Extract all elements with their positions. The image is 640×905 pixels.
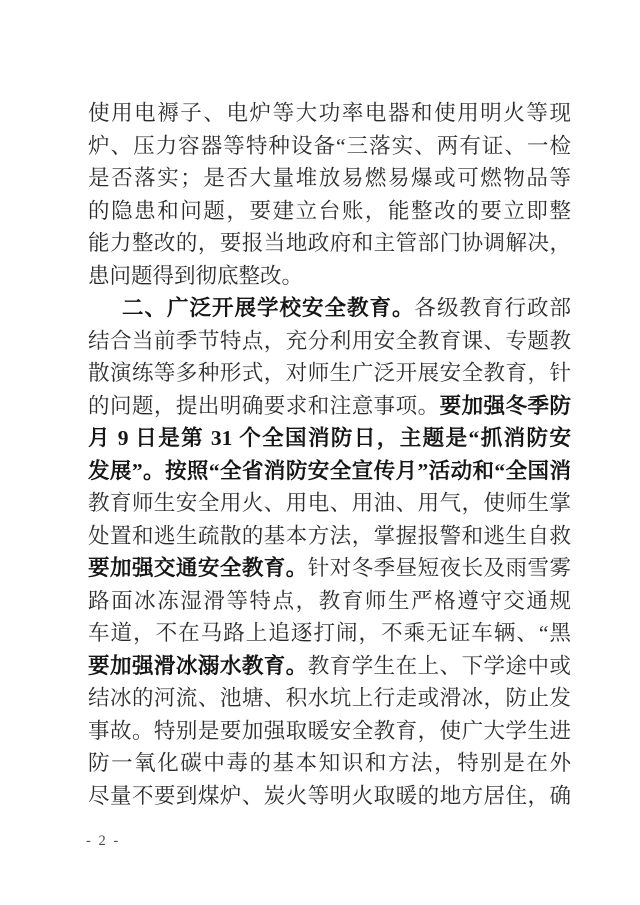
body-text: 车道，不在马路上追逐打闹，不乘无证车辆、“黑车”和超载车。 — [88, 621, 571, 650]
body-text: 事故。特别是要加强取暖安全教育，使广大学生进一步掌握预 — [88, 719, 571, 748]
text-line: 事故。特别是要加强取暖安全教育，使广大学生进一步掌握预 — [88, 715, 571, 748]
text-line: 散演练等多种形式，对师生广泛开展安全教育，针对可能出现 — [88, 357, 571, 390]
body-text: 能力整改的，要报当地政府和主管部门协调解决，确保各类隐 — [88, 231, 571, 260]
body-text: 的隐患和问题，要建立台账，能整改的要立即整改，自身确无 — [88, 199, 571, 228]
page-number: - 2 - — [86, 833, 120, 850]
body-text: 结合当前季节特点，充分利用安全教育课、专题教育、应急疏 — [88, 329, 571, 358]
text-body: 使用电褥子、电炉等大功率电器和使用明火等现象；电梯、锅炉、压力容器等特种设备“三… — [88, 97, 571, 812]
text-line: 的隐患和问题，要建立台账，能整改的要立即整改，自身确无 — [88, 195, 571, 228]
text-line: 尽量不要到煤炉、炭火等明火取暖的地方居住，确保广大师生 — [88, 780, 571, 813]
text-line: 能力整改的，要报当地政府和主管部门协调解决，确保各类隐 — [88, 227, 571, 260]
text-line: 要加强滑冰溺水教育。教育学生在上、下学途中或节假日不到 — [88, 650, 571, 683]
text-line: 患问题得到彻底整改。 — [88, 260, 571, 293]
emphasis-text: 要加强交通安全教育。 — [88, 556, 308, 580]
body-text: 处置和逃生疏散的基本方法，掌握报警和逃生自救的基本技能。 — [88, 524, 571, 553]
text-line: 处置和逃生疏散的基本方法，掌握报警和逃生自救的基本技能。 — [88, 520, 571, 553]
body-text: 是否落实；是否大量堆放易燃易爆或可燃物品等等。对排查出 — [88, 166, 571, 195]
text-line: 防一氧化碳中毒的基本知识和方法，特别是在外（租）居住时 — [88, 747, 571, 780]
text-line: 教育师生安全用火、用电、用油、用气，使师生掌握初期火灾 — [88, 487, 571, 520]
body-text: 的问题，提出明确要求和注意事项。 — [88, 394, 440, 418]
text-line: 结合当前季节特点，充分利用安全教育课、专题教育、应急疏 — [88, 325, 571, 358]
text-line: 发展”。按照“全省消防安全宣传月”活动和“全国消防日”要求， — [88, 455, 571, 488]
body-text: 患问题得到彻底整改。 — [88, 264, 303, 288]
body-text: 路面冰冻湿滑等特点，教育师生严格遵守交通规则，不走机动 — [88, 589, 571, 618]
text-line: 路面冰冻湿滑等特点，教育师生严格遵守交通规则，不走机动 — [88, 585, 571, 618]
text-line: 炉、压力容器等特种设备“三落实、两有证、一检验、一预案” — [88, 130, 571, 163]
emphasis-text: 要加强滑冰溺水教育。 — [88, 654, 308, 678]
body-text: 教育师生安全用火、用电、用油、用气，使师生掌握初期火灾 — [88, 491, 571, 520]
text-line: 的问题，提出明确要求和注意事项。要加强冬季防火教育。11 — [88, 390, 571, 423]
body-text: 使用电褥子、电炉等大功率电器和使用明火等现象；电梯、锅 — [88, 101, 571, 130]
text-line: 月 9 日是第 31 个全国消防日，主题是“抓消防安全，保高质量 — [88, 422, 571, 455]
body-text: 炉、压力容器等特种设备“三落实、两有证、一检验、一预案” — [88, 134, 571, 163]
text-line: 结冰的河流、池塘、积水坑上行走或滑冰，防止发生滑冰溺水 — [88, 682, 571, 715]
text-line: 二、广泛开展学校安全教育。各级教育行政部门和学校要 — [88, 292, 571, 325]
body-text: 防一氧化碳中毒的基本知识和方法，特别是在外（租）居住时 — [88, 751, 571, 780]
emphasis-text: 月 9 日是第 31 个全国消防日，主题是“抓消防安全，保高质量 — [88, 426, 571, 455]
emphasis-text: 发展”。按照“全省消防安全宣传月”活动和“全国消防日”要求， — [88, 459, 571, 488]
document-page: 使用电褥子、电炉等大功率电器和使用明火等现象；电梯、锅炉、压力容器等特种设备“三… — [0, 0, 640, 905]
text-line: 要加强交通安全教育。针对冬季昼短夜长及雨雪雾天气增多、 — [88, 552, 571, 585]
text-line: 是否落实；是否大量堆放易燃易爆或可燃物品等等。对排查出 — [88, 162, 571, 195]
body-text: 散演练等多种形式，对师生广泛开展安全教育，针对可能出现 — [88, 361, 571, 390]
emphasis-text: 二、广泛开展学校安全教育。 — [122, 296, 414, 320]
text-line: 车道，不在马路上追逐打闹，不乘无证车辆、“黑车”和超载车。 — [88, 617, 571, 650]
body-text: 尽量不要到煤炉、炭火等明火取暖的地方居住，确保广大师生 — [88, 784, 571, 813]
body-text: 结冰的河流、池塘、积水坑上行走或滑冰，防止发生滑冰溺水 — [88, 686, 571, 715]
text-line: 使用电褥子、电炉等大功率电器和使用明火等现象；电梯、锅 — [88, 97, 571, 130]
